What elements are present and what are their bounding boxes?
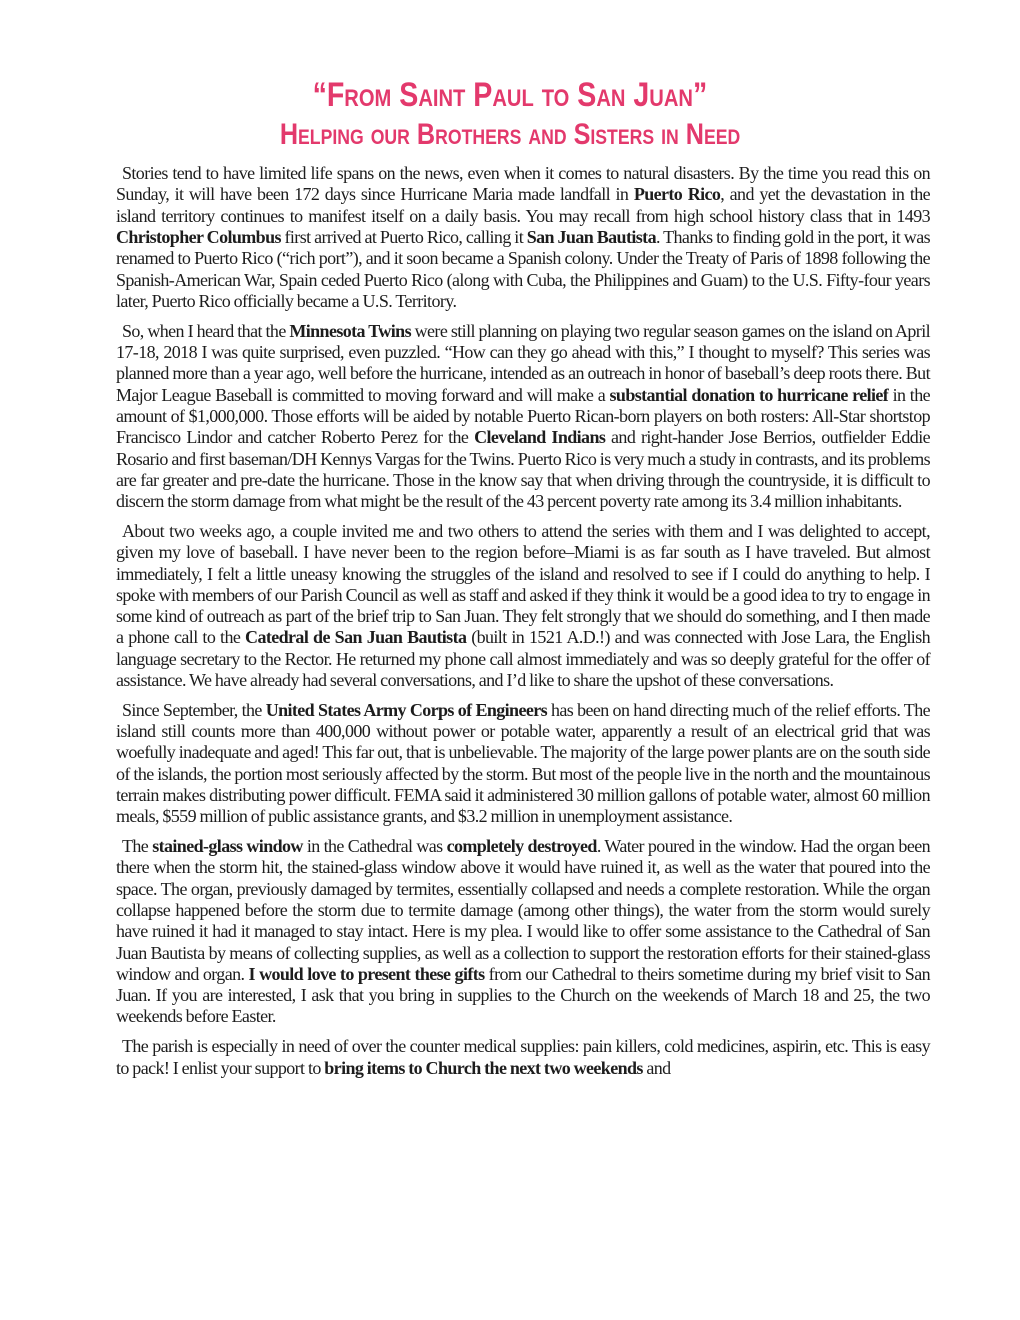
bold-text: United States Army Corps of Engineers: [266, 700, 547, 720]
bold-text: Minnesota Twins: [289, 321, 411, 341]
bold-text: stained-glass window: [152, 836, 303, 856]
paragraph: The parish is especially in need of over…: [116, 1036, 930, 1079]
bold-text: Christopher Columbus: [116, 227, 281, 247]
paragraph: Stories tend to have limited life spans …: [116, 163, 930, 312]
paragraph: Since September, the United States Army …: [116, 700, 930, 828]
title-line-1: “From Saint Paul to San Juan”: [313, 78, 708, 114]
bold-text: San Juan Bautista: [527, 227, 656, 247]
bold-text: I would love to present these gifts: [249, 964, 485, 984]
article-body: Stories tend to have limited life spans …: [116, 163, 930, 1079]
bold-text: completely destroyed: [447, 836, 597, 856]
page-subtitle: Helping our Brothers and Sisters in Need: [0, 119, 1020, 151]
bold-text: substantial donation to hurricane relief: [610, 385, 889, 405]
article-title-block: “From Saint Paul to San Juan” Helping ou…: [0, 78, 1020, 150]
bold-text: Puerto Rico: [634, 184, 720, 204]
page-title: “From Saint Paul to San Juan”: [0, 78, 1020, 114]
paragraph: About two weeks ago, a couple invited me…: [116, 521, 930, 691]
paragraph: The stained-glass window in the Cathedra…: [116, 836, 930, 1028]
bold-text: bring items to Church the next two weeke…: [324, 1058, 643, 1078]
bold-text: Cleveland Indians: [474, 427, 605, 447]
paragraph: So, when I heard that the Minnesota Twin…: [116, 321, 930, 513]
bulletin-page: “From Saint Paul to San Juan” Helping ou…: [0, 0, 1020, 1320]
bold-text: Catedral de San Juan Bautista: [245, 627, 466, 647]
title-line-2: Helping our Brothers and Sisters in Need: [280, 119, 740, 151]
